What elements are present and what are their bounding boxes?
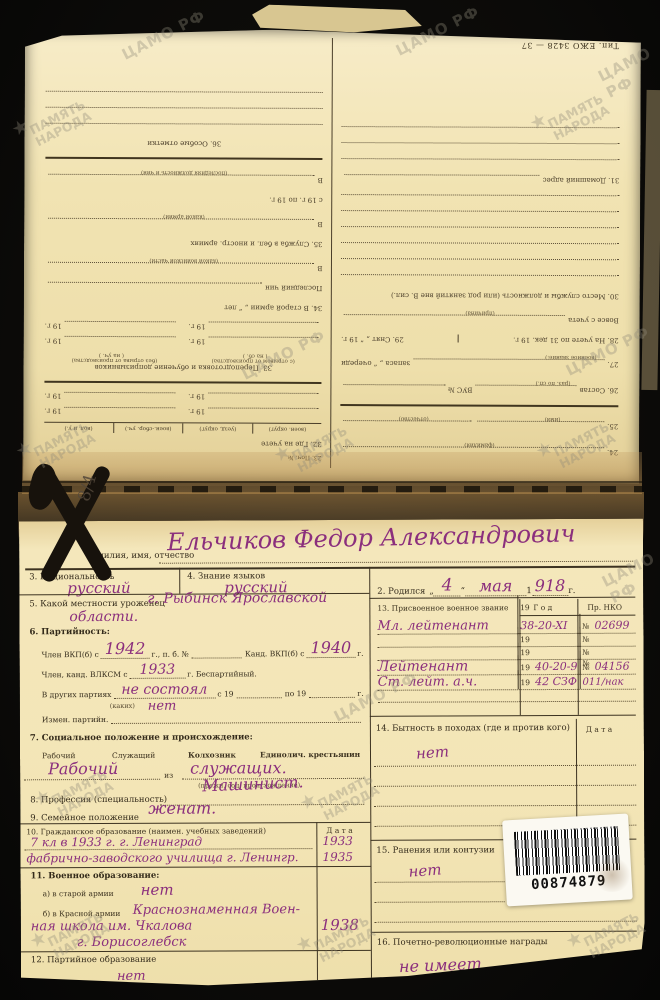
field-11a-value: нет	[141, 881, 174, 899]
field-10-date2: 1935	[322, 850, 353, 864]
field-10-date1: 1933	[322, 834, 353, 848]
col-header-uezd: (уезд. округ)	[182, 423, 252, 433]
field-36-label: 36. Особые отметки	[45, 139, 323, 148]
order-value: 011/нак	[583, 677, 624, 688]
field-27-text: запаса „ “ очереди	[341, 359, 410, 367]
field-10-row1: 7 кл в 1933 г. г. Ленинград	[30, 835, 202, 850]
year-blank: 19 г.	[188, 336, 205, 344]
dotted-line	[344, 384, 445, 393]
field-12-label: 12. Партийное образование	[31, 955, 156, 966]
year-blank: 19 г.	[44, 391, 61, 399]
struck-off-label: Вовсе с учета	[568, 315, 619, 323]
field-35-label: 35. Служба в бел. и иностр. армиях	[45, 238, 323, 247]
card-front-sheet: Фамилия, имя, отчество Ельчиков Федор Ал…	[19, 519, 645, 990]
field-25-note-name: (имя)	[545, 416, 561, 422]
field-2-day: 4	[434, 575, 461, 596]
field-11-label: 11. Военное образование:	[31, 871, 160, 882]
dotted-line	[342, 126, 620, 143]
rank-value: Лейтенант	[378, 658, 518, 675]
vlksm-year-value: 1933	[129, 662, 185, 679]
year-blank: 19 г.	[188, 392, 205, 400]
dotted-line	[375, 921, 637, 923]
last-rank-row: Последний чин	[45, 282, 323, 292]
year-blank: 19 г.	[45, 336, 62, 344]
dotted-line	[208, 336, 319, 345]
dotted-line	[342, 210, 620, 227]
field-13-label: 13. Присвоенное военное звание	[377, 603, 515, 613]
year-row: 19 г.	[188, 392, 322, 402]
year-suffix: г.	[357, 649, 363, 658]
field-31-address: 31. Домашний адрес	[342, 174, 620, 184]
field-12-value: нет	[117, 969, 146, 984]
field-32-label: 32. Где на учете	[44, 438, 322, 447]
date-column-divider	[316, 822, 317, 866]
field-26-label: 26. Состав	[580, 385, 619, 393]
dotted-line	[345, 174, 540, 184]
field-30-label: 30. Место службы и должность (или род за…	[341, 290, 619, 299]
rule	[20, 822, 370, 825]
year-row: 19 г.	[188, 336, 322, 346]
rule	[20, 866, 370, 869]
year-blank: 19 г.	[188, 321, 205, 329]
dotted-line	[46, 91, 324, 108]
field-7-label: 7. Социальное положение и происхождение:	[30, 732, 253, 743]
service-period-label: с 19 г. по 19 г.	[45, 194, 323, 203]
dotted-line	[342, 142, 620, 159]
v-label: В	[317, 263, 322, 271]
field-11b-label: б) в Красной армии	[43, 909, 121, 918]
dotted-line	[374, 765, 636, 767]
dotted-line	[341, 242, 619, 259]
rank-value: Ст. лейт. а.ч.	[378, 674, 518, 690]
field-8-value: Машинист.	[202, 772, 304, 795]
field-11b-line3: г. Борисоглебск	[77, 935, 187, 950]
year-row: 19 г.	[45, 321, 179, 331]
from-year-label: с 19	[217, 689, 233, 698]
dotted-line	[46, 107, 324, 124]
dotted-line	[341, 274, 619, 291]
col-header-order: Пр. НКО	[587, 603, 622, 612]
bespartiyny-label: г. Беспартийный.	[187, 669, 257, 678]
other-parties-net: нет	[148, 699, 177, 714]
field-10-row2: фабрично-заводского училища г. Ленингр.	[26, 850, 298, 865]
field-2-born: 2. Родился „ 4 “ мая 1 918 г.	[377, 575, 575, 597]
row-note: ( на уч. )	[45, 351, 179, 357]
back-column-32-36: 23. Поч. № 32. Где на учете (воен. округ…	[35, 37, 332, 468]
field-25-name-patronymic: 25.	[341, 421, 619, 431]
field-struck-off: Вовсе с учета	[341, 314, 619, 324]
army-row: В	[45, 218, 323, 228]
field-2-year: 918	[532, 576, 569, 596]
field-16-label: 16. Почетно-революционные награды	[377, 937, 548, 948]
field-25-note-patronymic: (отчество)	[399, 415, 429, 421]
dotted-line	[208, 407, 319, 416]
fields-28-29: 28. На учете по 31 дек. 19 г. 29. Снят „…	[341, 334, 619, 343]
dotted-line	[192, 649, 242, 658]
other-parties-label: В других партиях	[42, 690, 112, 699]
year-row: 19 г.	[44, 391, 178, 401]
dotted-line	[342, 194, 620, 211]
row-note: ( на сб. )	[188, 351, 322, 357]
field-11b-date: 1938	[321, 916, 359, 934]
scanned-card: 24. (фамилия) 25. (имя) (отчество) 26. С…	[0, 0, 660, 1000]
year-value: 42 СЗФ	[535, 675, 577, 688]
rule	[371, 931, 637, 933]
unit-row: В	[45, 262, 323, 272]
num-prefix: №	[582, 659, 589, 668]
member-year-value: 1942	[101, 639, 150, 659]
field-26-vus-label: ВУС №	[448, 385, 472, 393]
date-column-divider	[316, 866, 317, 980]
vlksm-label: Член, канд. ВЛКСМ с	[42, 670, 128, 679]
iz-label: из	[164, 771, 173, 780]
field-15-label: 15. Ранения или контузии	[376, 845, 494, 856]
field-15-value: нет	[408, 860, 442, 880]
dotted-line	[374, 785, 636, 787]
dotted-line	[341, 258, 619, 275]
dotted-line	[65, 336, 176, 345]
field-9-label: 9. Семейное положение	[30, 813, 139, 823]
other-parties-note: (каких)	[110, 703, 135, 710]
dotted-line	[236, 689, 281, 698]
year-blank: 19 г.	[188, 407, 205, 415]
field-5-label: 5. Какой местности уроженец	[29, 599, 165, 610]
candidate-year-value: 1940	[306, 638, 355, 658]
year-suffix: г.	[357, 689, 363, 698]
candidate-label: Канд. ВКП(б) с	[245, 649, 305, 658]
field-6-label: 6. Партийность:	[29, 627, 109, 637]
column-divider	[369, 567, 372, 979]
rule	[370, 715, 636, 717]
member-label: Член ВКП(б) с	[42, 650, 99, 659]
dotted-line	[65, 321, 176, 330]
dotted-line	[24, 779, 160, 781]
rule	[44, 380, 322, 383]
dotted-line	[344, 314, 565, 324]
dotted-line	[64, 407, 175, 416]
back-column-24-31: 24. (фамилия) 25. (имя) (отчество) 26. С…	[331, 38, 629, 469]
izm-label: Измен. партийн.	[42, 715, 109, 724]
col-header-okrug: (воен. округ)	[252, 423, 322, 433]
field-14-value: нет	[415, 742, 449, 762]
rule	[341, 404, 619, 407]
field-26-sostav: 26. СоставВУС №	[341, 384, 619, 394]
field-25-label: 25.	[607, 422, 618, 430]
rank-value: Мл. лейтенант	[377, 618, 517, 634]
field-16-value: не имеет	[399, 954, 482, 976]
field-2-month: мая	[465, 576, 526, 596]
year-row: 19 г.	[188, 321, 322, 331]
field-7-value: Рабочий	[48, 759, 118, 778]
dotted-line	[309, 689, 354, 698]
member-suffix: г., п. б. №	[151, 650, 188, 659]
dotted-line	[344, 421, 471, 431]
dotted-line	[208, 392, 319, 401]
field-6-member-row: Член ВКП(б) с 1942 г., п. б. № Канд. ВКП…	[42, 646, 364, 659]
field-11a-label: а) в старой армии	[43, 889, 114, 898]
year-prefix: 19	[520, 678, 530, 687]
field-5-value-line2: области.	[69, 609, 138, 625]
to-year-label: по 19	[285, 689, 306, 698]
field-6-vlksm-row: Член, канд. ВЛКСМ с 1933 г. Беспартийный…	[42, 668, 364, 679]
dotted-line	[477, 421, 604, 431]
last-rank-label: Последний чин	[265, 283, 322, 291]
col-header-vol: (вол. и у.)	[44, 422, 113, 432]
dotted-line	[64, 392, 175, 401]
field-11b-line2: ная школа им. Чкалова	[31, 919, 193, 935]
year-row: 19 г.	[188, 407, 322, 417]
field-8-label: 8. Профессия (специальность)	[30, 795, 167, 806]
year-blank: 19 г.	[45, 321, 62, 329]
field-29-label: 29. Снят „ “ 19 г.	[341, 334, 404, 342]
dotted-line	[159, 561, 633, 564]
field-32-column-headers: (воен. округ) (уезд. округ) (воен.-сбор.…	[44, 421, 322, 433]
dotted-line	[208, 321, 319, 330]
paper-edge-sliver	[641, 90, 660, 390]
field-14-label: 14. Бытность в походах (где и против ког…	[376, 723, 570, 734]
year-row: 19 г.	[45, 336, 179, 346]
other-parties-value: не состоял	[113, 682, 215, 699]
dotted-line	[374, 805, 636, 807]
dotted-line	[378, 701, 636, 703]
torn-paper-fragment	[252, 4, 423, 34]
year-blank: 19 г.	[44, 406, 61, 414]
card-back-sheet: 24. (фамилия) 25. (имя) (отчество) 26. С…	[23, 29, 641, 484]
rule	[21, 950, 371, 953]
dotted-line	[375, 881, 505, 883]
year-row: 19 г.	[44, 406, 178, 416]
field-11b-line1: Краснознаменная Воен-	[133, 902, 300, 918]
v-label: В	[317, 219, 322, 227]
field-27-label: 27.	[607, 360, 618, 368]
dotted-line	[48, 218, 314, 228]
field-1-value: Ельчиков Федор Александрович	[167, 519, 576, 556]
dotted-line	[46, 123, 324, 140]
dotted-line	[342, 158, 620, 175]
field-6-izm-row: Измен. партийн.	[42, 714, 364, 724]
field-6-other-parties-row: В других партиях не состоял с 19 по 19 г…	[42, 688, 364, 699]
field-5-value-line1: г. Рыбинск Ярославской	[147, 590, 327, 607]
rule	[45, 157, 323, 160]
col-header-sbor: (воен.-сбор. уч.)	[113, 423, 183, 433]
ink-cross-mark	[22, 466, 128, 584]
year-prefix: 19	[520, 603, 530, 612]
card-back-content-rotated: 24. (фамилия) 25. (имя) (отчество) 26. С…	[23, 29, 641, 484]
dotted-line	[413, 359, 604, 369]
field-28-label: 28. На учете по 31 дек. 19 г.	[513, 335, 619, 343]
stain	[592, 858, 632, 892]
option-employee: Служащий	[112, 751, 155, 760]
dotted-line	[342, 226, 620, 243]
dotted-line	[48, 262, 314, 272]
dotted-line	[48, 282, 262, 292]
v-label: В	[318, 175, 323, 183]
field-9-value: женат.	[148, 799, 216, 818]
field-31-label: 31. Домашний адрес	[543, 175, 620, 183]
print-shop-imprint: Тип. ЕЖО 3428 — 37	[521, 41, 619, 50]
divider	[458, 335, 459, 343]
date-header: Д а т а	[586, 725, 612, 734]
dotted-line	[375, 901, 505, 903]
dotted-line	[111, 714, 361, 724]
field-34-label: 34. В старой армии „ “ лет	[45, 302, 323, 311]
field-2-label: 2. Родился	[377, 587, 425, 597]
rule	[369, 597, 635, 599]
rank-row: Ст. лейт. а.ч. 19 42 СЗФ № 011/нак	[378, 674, 636, 691]
dotted-line	[475, 385, 576, 394]
